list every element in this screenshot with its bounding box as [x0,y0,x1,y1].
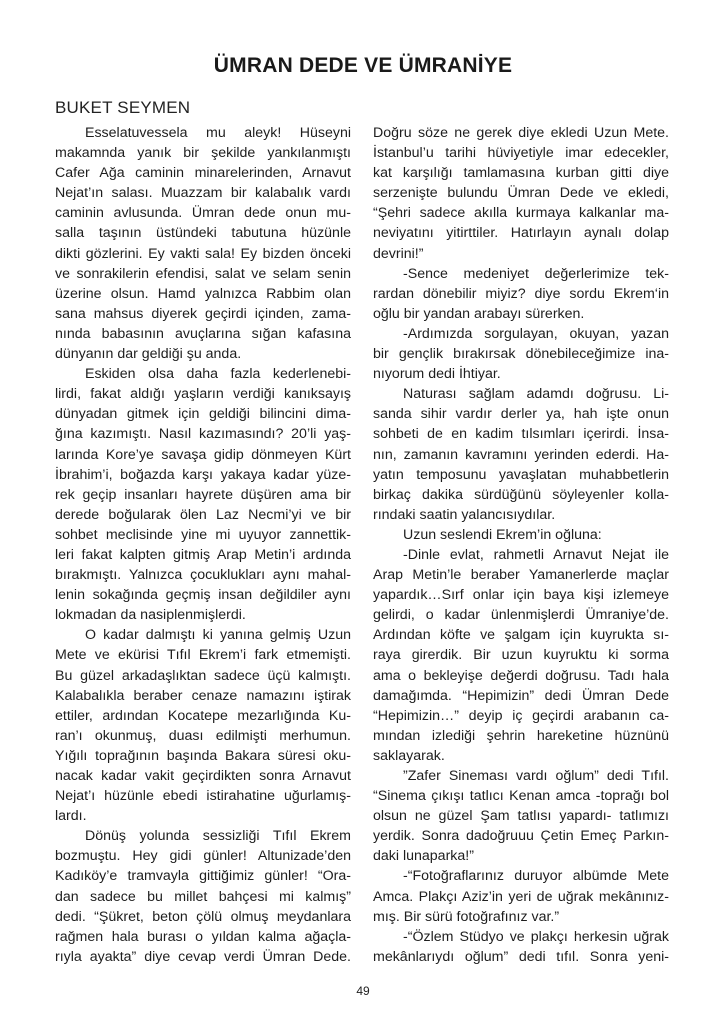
text-line: dünyadan gitmek için geldiği bilincini d… [55,404,351,424]
text-line: Cafer Ağa caminin minarelerinden, Arnavu… [55,163,351,183]
text-line: sohbeti de en kadim tılsımları içerirdi.… [373,424,669,444]
text-line: Uzun seslendi Ekrem’in oğluna: [373,525,669,545]
text-line: gelirdi, o kadar ünlenmişlerdi Ümraniye’… [373,605,669,625]
text-line: salla taşının üstündeki tabutuna hüzünle [55,223,351,243]
text-line: mış. Bir sürü fotoğrafınız var.” [373,907,669,927]
text-line: Kalabalıkla beraber cenaze namazını işti… [55,686,351,706]
text-line: serzenişte bulundu Ümran Dede ve ekledi, [373,183,669,203]
text-line: yapardık…Sırf onlar için baya kişi izlem… [373,585,669,605]
text-line: “Hepimizin…” deyip iç geçirdi arabanın c… [373,706,669,726]
text-line: O kadar dalmıştı ki yanına gelmiş Uzun [55,625,351,645]
text-line: neviyatını yitirttiler. Hatırlayın aynal… [373,223,669,243]
text-line: -Dinle evlat, rahmetli Arnavut Nejat ile [373,545,669,565]
author-name: BUKET SEYMEN [55,98,190,118]
text-line: “Sinema çıkışı tatlıcı Kenan amca -topra… [373,786,669,806]
text-line: devrini!” [373,244,669,264]
text-line: mından izlediği şehrin hareketine hüznün… [373,726,669,746]
text-line: Esselatuvessela mu aleyk! Hüseyni [55,123,351,143]
text-line: Amca. Plakçı Aziz’in yeri de uğrak mekân… [373,887,669,907]
article-title: ÜMRAN DEDE VE ÜMRANİYE [0,54,726,78]
text-line: lirdi, fakat aldığı yaşların verdiği kan… [55,384,351,404]
text-line: Dönüş yolunda sessizliği Tıfıl Ekrem [55,826,351,846]
text-line: lenin sokağında geçmiş insan değildiler … [55,585,351,605]
text-line: Bu güzel arkadaşlıktan sadece üçü kalmış… [55,666,351,686]
text-line: -Ardımızda sorgulayan, okuyan, yazan [373,324,669,344]
text-line: mekânlarıydı oğlum” dedi tıfıl. Sonra ye… [373,947,669,967]
text-line: raya girerdik. Bir uzun kuyruktu ki sorm… [373,645,669,665]
left-column: Esselatuvessela mu aleyk! Hüseynimakamnd… [55,123,351,967]
text-line: rıyla ayakta” diye cevap verdi Ümran Ded… [55,947,351,967]
text-line: caminin avlusunda. Ümran dede onun mu- [55,203,351,223]
text-line: ve sonrakilerin efendisi, salat ve selam… [55,264,351,284]
text-line: İstanbul’u tarihi hüviyetiyle imar edece… [373,143,669,163]
text-line: yerdik. Sonra dadoğruuu Çetin Emeç Parkı… [373,826,669,846]
text-line: Nejat’ı hüzünle ebedi istirahatine uğurl… [55,786,351,806]
text-line: dünyanın dar geldiği şu anda. [55,344,351,364]
text-line: olsun ne güzel Şam tatlısı yapardı- tatl… [373,806,669,826]
text-line: Naturası sağlam adamdı doğrusu. Li- [373,384,669,404]
text-line: oğlu bir yandan arabayı sürerken. [373,304,669,324]
text-line: nacak kadar vakit geçirdikten sonra Arna… [55,766,351,786]
text-line: daki lunaparka!” [373,846,669,866]
text-line: nın, zamanın kavramını yerinden ederdi. … [373,445,669,465]
text-line: -“Özlem Stüdyo ve plakçı herkesin uğrak [373,927,669,947]
text-line: Mete ve ekürisi Tıfıl Ekrem’i fark etmem… [55,645,351,665]
text-line: Yığılı toprağının başında Bakara süresi … [55,746,351,766]
text-line: nında babasının avuçlarına sığan kafasın… [55,324,351,344]
text-line: ettiler, ardından Kocatepe mezarlığında … [55,706,351,726]
text-line: Kadıköy’e tramvayla gittiğimiz günler! “… [55,866,351,886]
text-line: sanda sihir vardır derler ya, hah işte o… [373,404,669,424]
text-line: makamnda yanık bir şekilde yankılanmıştı [55,143,351,163]
text-line: ”Zafer Sineması vardı oğlum” dedi Tıfıl. [373,766,669,786]
text-line: damağımda. “Hepimizin” dedi Ümran Dede [373,686,669,706]
text-line: rardan dönebilir miyiz? diye sordu Ekrem… [373,284,669,304]
text-line: larında Kore’ye savaşa gidip dönmeyen Kü… [55,445,351,465]
text-line: rek geçip insanları hayrete düşüren ama … [55,485,351,505]
text-line: dedi. “Şükret, beton çölü olmuş meydanla… [55,907,351,927]
text-line: Eskiden olsa daha fazla kederlenebi- [55,364,351,384]
text-line: nıyorum dedi İhtiyar. [373,364,669,384]
page-number: 49 [0,984,726,998]
text-line: sana mahsus diyerek geçirdi içinden, zam… [55,304,351,324]
text-line: saklayarak. [373,746,669,766]
text-line: bırakmıştı. Yalnızca çocuklukları aynı m… [55,565,351,585]
text-line: -“Fotoğraflarınız duruyor albümde Mete [373,866,669,886]
text-line: -Sence medeniyet değerlerimize tek- [373,264,669,284]
text-line: Doğru söze ne gerek diye ekledi Uzun Met… [373,123,669,143]
text-line: rağmen hala burası o yıldan kalma ağaçla… [55,927,351,947]
text-line: dikti gözlerini. Ey vakti sala! Ey bizde… [55,244,351,264]
text-line: yatın temposunu yavaşlatan muhabbetlerin [373,465,669,485]
text-line: dan sadece bu millet bahçesi mi kalmış” [55,887,351,907]
text-line: Ardından köfte ve şalgam için kuyrukta s… [373,625,669,645]
text-line: derede boğularak ölen Laz Necmi’yi ve bi… [55,505,351,525]
text-line: ran’ı okunmuş, duası edilmişti merhumun. [55,726,351,746]
text-line: ama o bekleyişe değerdi doğrusu. Tadı ha… [373,666,669,686]
text-line: sohbet meclisinde yine mi uyuyor zannett… [55,525,351,545]
text-line: “Şehri sadece akılla kurmaya kalkanlar m… [373,203,669,223]
text-line: kat karşılığı tamlamasına kurban gitti d… [373,163,669,183]
text-line: ğına kazımıştı. Nasıl kazımasındı? 20’li… [55,424,351,444]
text-line: lokmadan da nasiplenmişlerdi. [55,605,351,625]
text-line: birkaç dakika sürdüğünü söyleyenler koll… [373,485,669,505]
text-line: bozmuştu. Hey gidi günler! Altunizade’de… [55,846,351,866]
text-line: bir gençlik bırakırsak dönebileceğimize … [373,344,669,364]
text-line: rındaki saatin yalancısıydılar. [373,505,669,525]
right-column: Doğru söze ne gerek diye ekledi Uzun Met… [373,123,669,967]
text-line: İbrahim’i, boğazda karşı yakaya kadar yü… [55,465,351,485]
text-line: lardı. [55,806,351,826]
text-line: Nejat’ın salası. Muazzam bir kalabalık v… [55,183,351,203]
text-line: üzerine olsun. Hamd yalnızca Rabbim olan [55,284,351,304]
text-line: leri fakat kalpten gitmiş Arap Metin’i a… [55,545,351,565]
text-line: Arap Metin’le beraber Yamanerlerde maçla… [373,565,669,585]
